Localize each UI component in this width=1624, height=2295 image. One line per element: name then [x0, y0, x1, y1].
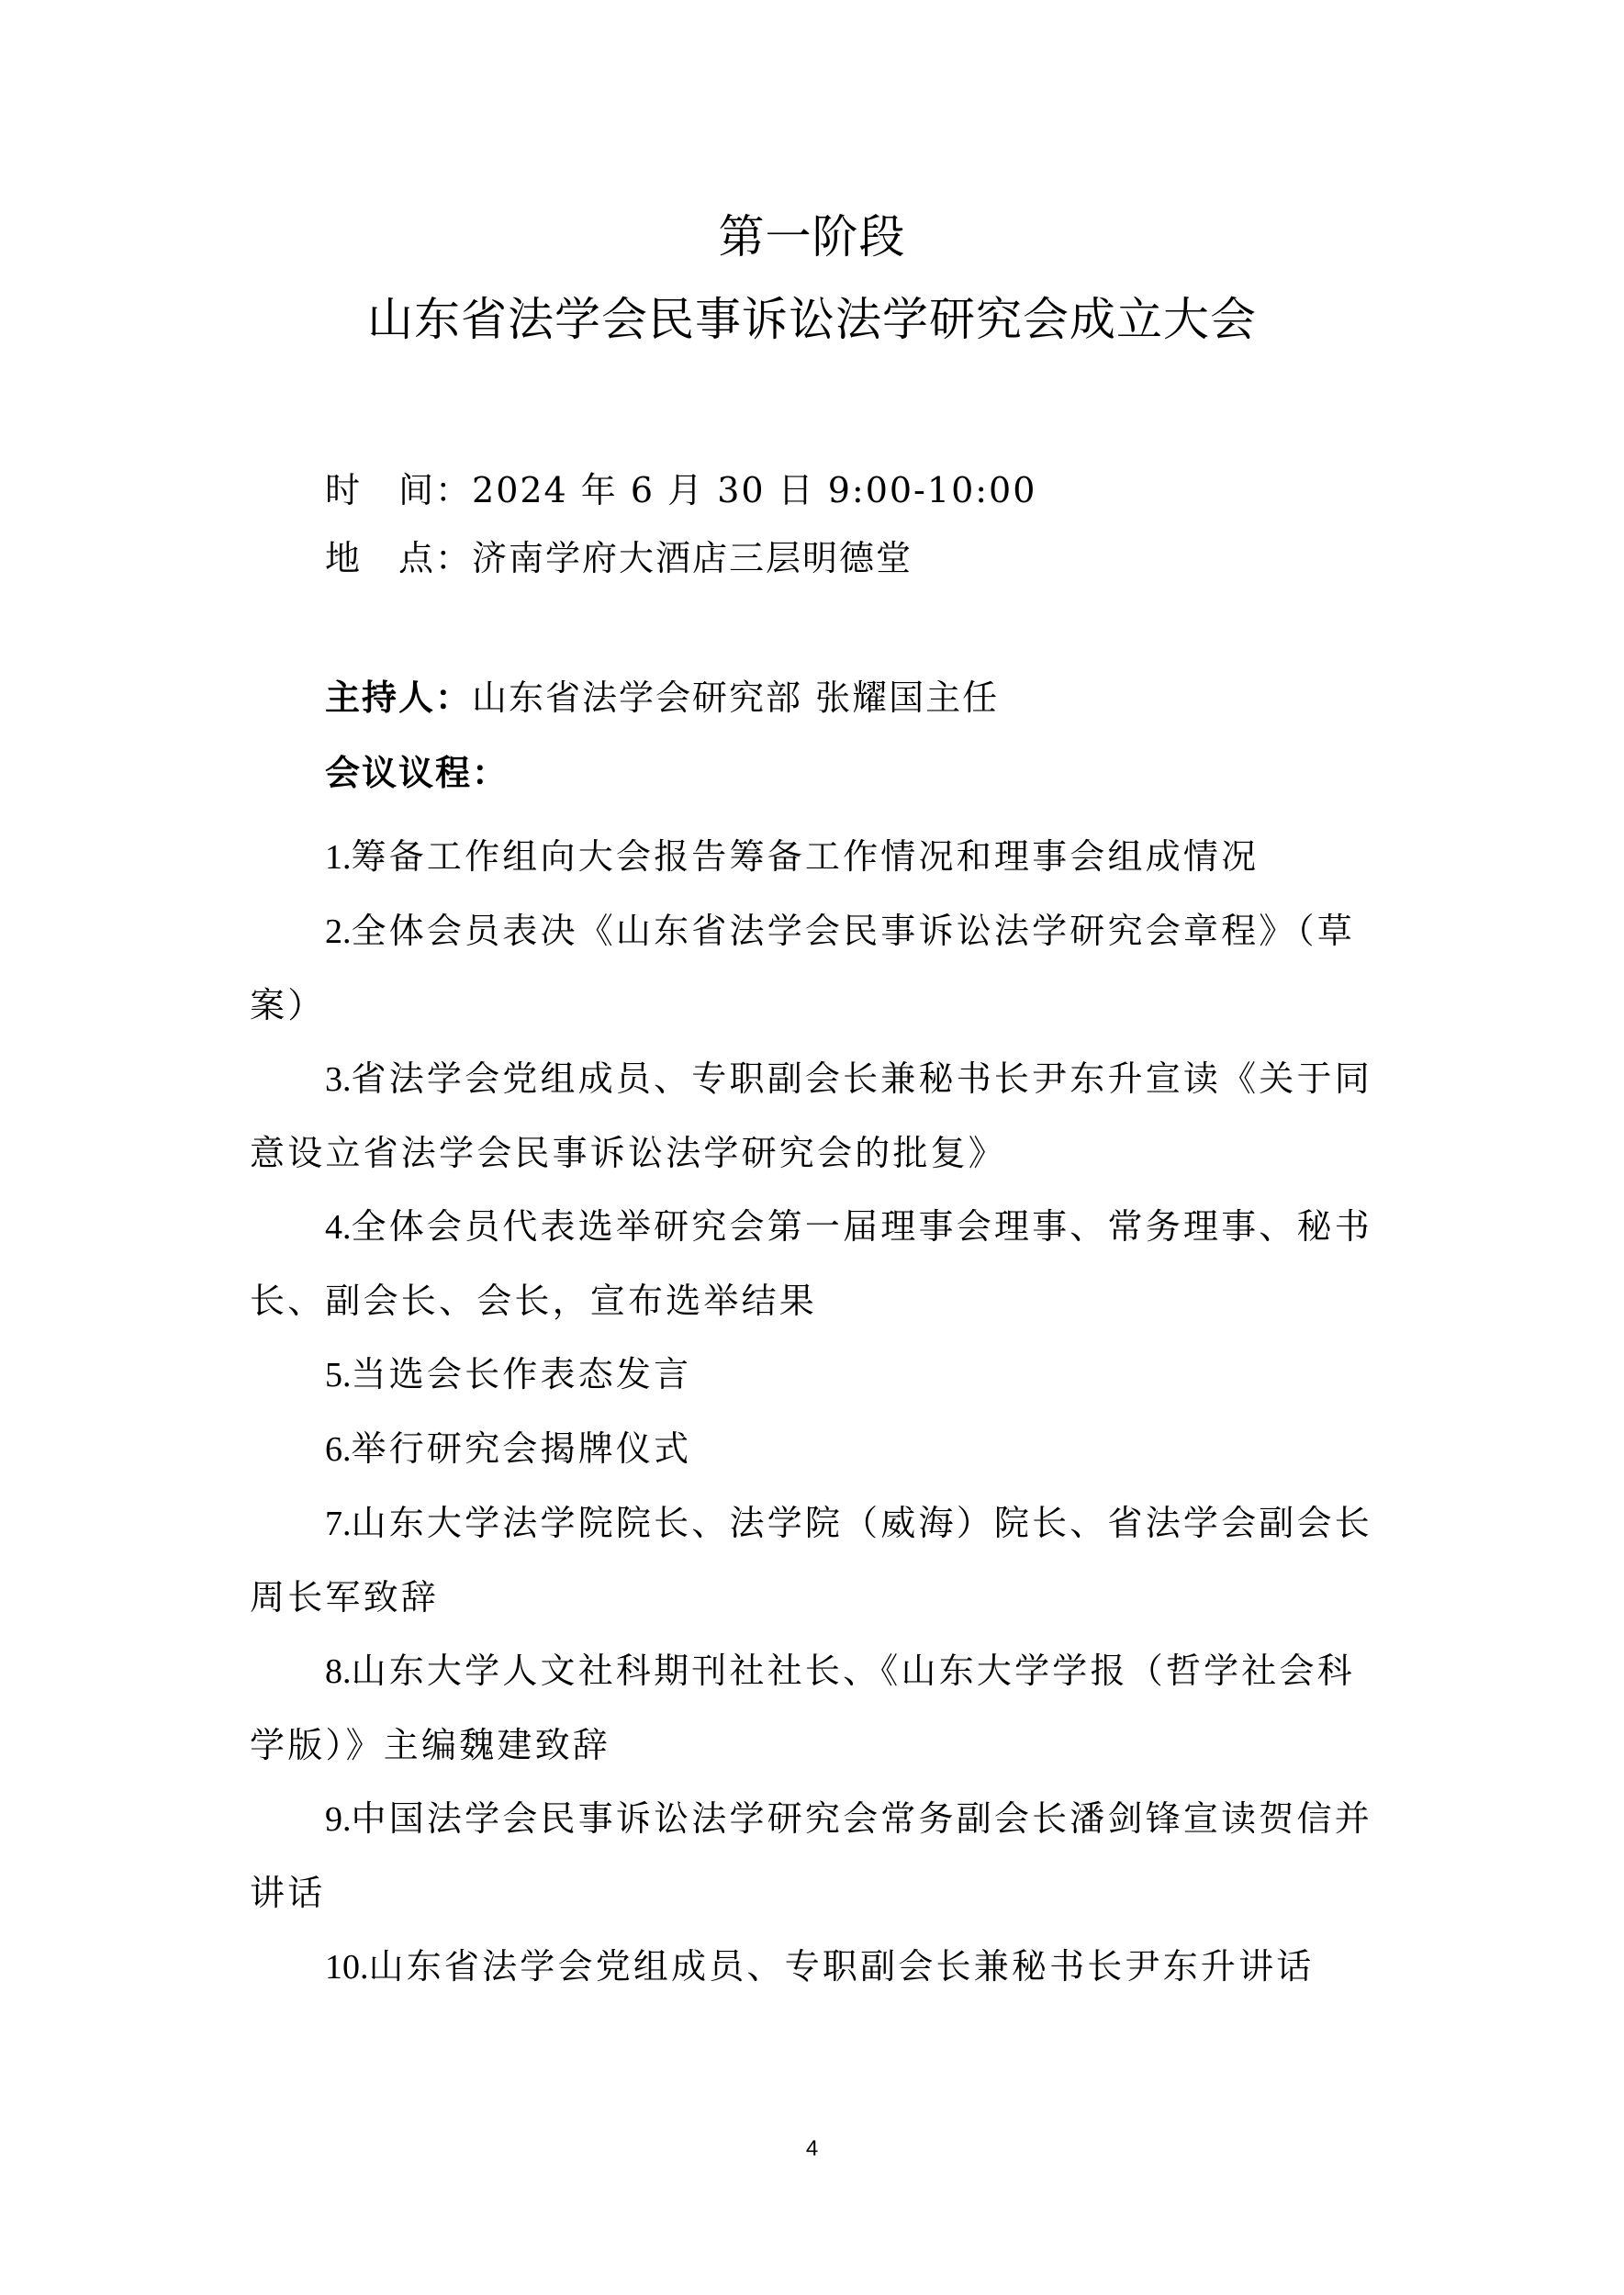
agenda-item-1: 1.筹备工作组向大会报告筹备工作情况和理事会组成情况: [250, 820, 1388, 894]
place-colon: ：: [435, 538, 472, 578]
meeting-place-row: 地 点 ：济南学府大酒店三层明德堂: [325, 536, 913, 580]
agenda-item-4: 4.全体会员代表选举研究会第一届理事会理事、常务理事、秘书长、副会长、会长，宣布…: [250, 1190, 1388, 1338]
agenda-item-8: 8.山东大学人文社科期刊社社长、《山东大学学报（哲学社会科学版）》主编魏建致辞: [250, 1634, 1388, 1782]
agenda-item-3: 3.省法学会党组成员、专职副会长兼秘书长尹东升宣读《关于同意设立省法学会民事诉讼…: [250, 1042, 1388, 1190]
host-value: 山东省法学会研究部 张耀国主任: [472, 677, 999, 718]
time-colon: ：: [435, 470, 472, 510]
agenda-list: 1.筹备工作组向大会报告筹备工作情况和理事会组成情况 2.全体会员表决《山东省法…: [250, 820, 1388, 2004]
agenda-item-5: 5.当选会长作表态发言: [250, 1338, 1388, 1412]
host-label: 主持人：: [325, 677, 472, 718]
meeting-time-row: 时 间 ：2024 年 6 月 30 日 9:00-10:00: [325, 468, 1036, 512]
agenda-item-2: 2.全体会员表决《山东省法学会民事诉讼法学研究会章程》（草案）: [250, 894, 1388, 1042]
place-label: 地 点: [325, 536, 435, 580]
time-value: 2024 年 6 月 30 日 9:00-10:00: [472, 470, 1036, 510]
document-page: 第一阶段 山东省法学会民事诉讼法学研究会成立大会 时 间 ：2024 年 6 月…: [0, 0, 1624, 2295]
time-label: 时 间: [325, 468, 435, 512]
meeting-title: 山东省法学会民事诉讼法学研究会成立大会: [0, 292, 1624, 347]
section-title: 第一阶段: [0, 209, 1624, 264]
place-value: 济南学府大酒店三层明德堂: [472, 538, 913, 578]
agenda-item-6: 6.举行研究会揭牌仪式: [250, 1412, 1388, 1486]
host-row: 主持人：山东省法学会研究部 张耀国主任: [325, 676, 999, 720]
agenda-item-10: 10.山东省法学会党组成员、专职副会长兼秘书长尹东升讲话: [250, 1930, 1388, 2004]
page-number: 4: [0, 2135, 1624, 2163]
agenda-item-7: 7.山东大学法学院院长、法学院（威海）院长、省法学会副会长周长军致辞: [250, 1486, 1388, 1634]
agenda-item-9: 9.中国法学会民事诉讼法学研究会常务副会长潘剑锋宣读贺信并讲话: [250, 1782, 1388, 1930]
agenda-heading: 会议议程：: [325, 751, 509, 795]
